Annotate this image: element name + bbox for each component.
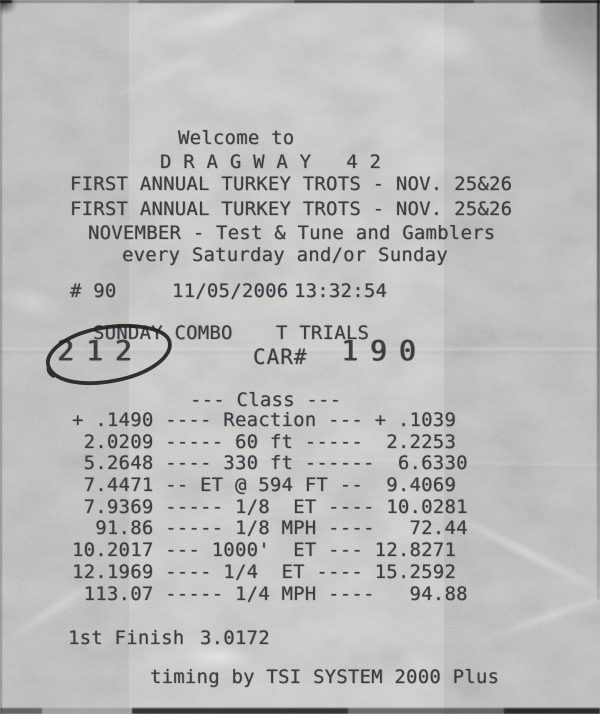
timing-row: 7.4471 -- ET @ 594 FT -- 9.4069 bbox=[72, 475, 468, 497]
car-number-value: 190 bbox=[341, 338, 428, 364]
event-line-2: FIRST ANNUAL TURKEY TROTS - NOV. 25&26 bbox=[70, 198, 512, 220]
event-line-1: FIRST ANNUAL TURKEY TROTS - NOV. 25&26 bbox=[70, 173, 512, 195]
crease-highlight bbox=[126, 0, 325, 71]
crease-highlight bbox=[0, 267, 86, 342]
scan-edge-bottom bbox=[0, 708, 600, 714]
timing-row: 91.86 ----- 1/8 MPH ---- 72.44 bbox=[72, 518, 468, 540]
ticket-time: 13:32:54 bbox=[294, 280, 387, 302]
timing-system-line: timing by TSI SYSTEM 2000 Plus bbox=[150, 666, 499, 688]
dial-in-value: 212 bbox=[57, 338, 144, 364]
scanned-timing-slip: Welcome to D R A G W A Y 4 2 FIRST ANNUA… bbox=[0, 0, 600, 714]
results-title: --- Class --- bbox=[190, 389, 341, 411]
ticket-date: 11/05/2006 bbox=[172, 280, 288, 302]
crease-highlight bbox=[84, 31, 236, 119]
timing-row: 2.0209 ----- 60 ft ----- 2.2253 bbox=[72, 432, 468, 454]
track-name: D R A G W A Y 4 2 bbox=[160, 151, 381, 173]
finish-value: 3.0172 bbox=[200, 627, 270, 649]
welcome-line: Welcome to bbox=[178, 127, 294, 149]
schedule-line-2: every Saturday and/or Sunday bbox=[122, 244, 448, 266]
scan-edge-top bbox=[0, 0, 600, 3]
ticket-number: # 90 bbox=[70, 280, 117, 302]
scan-corner-mark bbox=[0, 0, 18, 15]
timing-row: 113.07 ----- 1/4 MPH ---- 94.88 bbox=[72, 584, 468, 606]
finish-label: 1st Finish bbox=[68, 627, 184, 649]
scan-corner-smudge bbox=[540, 0, 600, 140]
timing-row: 7.9369 ----- 1/8 ET ---- 10.0281 bbox=[72, 497, 468, 519]
schedule-line-1: NOVEMBER - Test & Tune and Gamblers bbox=[88, 222, 495, 244]
timing-row: + .1490 ---- Reaction --- + .1039 bbox=[72, 410, 468, 432]
scan-edge-left bbox=[0, 0, 2, 714]
timing-row: 5.2648 ---- 330 ft ------ 6.6330 bbox=[72, 453, 468, 475]
crease-highlight bbox=[352, 0, 528, 113]
car-number-label: CAR# bbox=[253, 346, 308, 368]
timing-row: 12.1969 ---- 1/4 ET ---- 15.2592 bbox=[72, 562, 468, 584]
crease-highlight bbox=[466, 583, 600, 648]
timing-rows: + .1490 ---- Reaction --- + .1039 2.0209… bbox=[72, 410, 468, 605]
timing-row: 10.2017 --- 1000' ET --- 12.8271 bbox=[72, 540, 468, 562]
